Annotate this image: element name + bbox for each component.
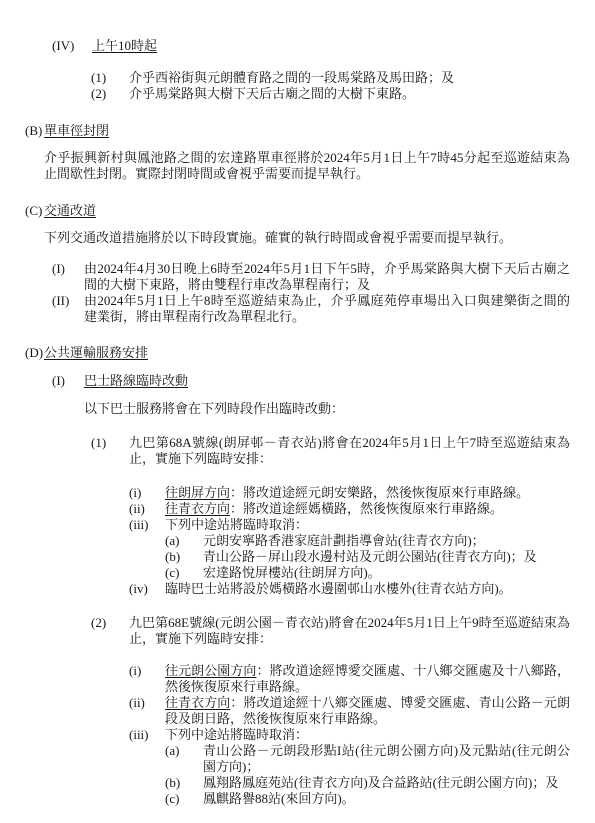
list-item-text: 臨時巴士站將設於媽橫路水邊圍邨山水樓外(往青衣站方向)。 bbox=[165, 581, 570, 597]
list-item-marker: (c) bbox=[165, 791, 179, 807]
list-item-text: 往青衣方向：將改道途經十八鄉交匯處、博愛交匯處、青山公路－元朗段及朗日路，然後恢… bbox=[165, 695, 570, 727]
list-item-text: 下列中途站將臨時取消： bbox=[165, 727, 570, 743]
list-item-marker: (i) bbox=[129, 663, 141, 679]
list-item: (b) 青山公路－屏山段水邊村站及元朗公園站(往青衣方向)；及 bbox=[0, 549, 595, 565]
route-item: (1) 九巴第68A號線(朗屏邨－青衣站)將會在2024年5月1日上午7時至巡遊… bbox=[0, 435, 595, 467]
list-item: (c) 宏達路悅屏樓站(往朗屏方向)。 bbox=[0, 565, 595, 581]
direction-label: 往元朗公園方向 bbox=[165, 663, 256, 678]
list-item-text: 下列中途站將臨時取消： bbox=[165, 517, 570, 533]
section-iv-title: 上午10時起 bbox=[92, 38, 570, 54]
list-item-text: 往元朗公園方向：將改道途經博愛交匯處、十八鄉交匯處及十八鄉路，然後恢復原來行車路… bbox=[165, 663, 570, 695]
list-item-text: 青山公路－屏山段水邊村站及元朗公園站(往青衣方向)；及 bbox=[203, 549, 570, 565]
section-b-title: 單車徑封閉 bbox=[44, 123, 570, 139]
subsection-intro: 以下巴士服務將會在下列時段作出臨時改動： bbox=[0, 401, 595, 417]
direction-detail: ：將改道途經媽橫路，然後恢復原來行車路線。 bbox=[230, 501, 503, 516]
route-text: 九巴第68E號線(元朗公園－青衣站)將會在2024年5月1日上午9時至巡遊結束為… bbox=[129, 615, 570, 647]
list-item: (a) 青山公路－元朗段形點I站(往元朗公園方向)及元點站(往元朗公園方向)； bbox=[0, 743, 595, 775]
list-item: (b) 鳳翔路鳳庭苑站(往青衣方向)及合益路站(往元朗公園方向)；及 bbox=[0, 775, 595, 791]
section-d-title: 公共運輸服務安排 bbox=[44, 345, 570, 361]
list-item-text: 往朗屏方向：將改道途經元朗安樂路，然後恢復原來行車路線。 bbox=[165, 485, 570, 501]
list-item-marker: (a) bbox=[165, 533, 179, 549]
section-iv-marker: (IV) bbox=[52, 38, 74, 54]
section-b-marker: (B) bbox=[25, 123, 42, 139]
list-item-text: 鳳麒路譽88站(來回方向)。 bbox=[203, 791, 570, 807]
list-item: (ii) 往青衣方向：將改道途經十八鄉交匯處、博愛交匯處、青山公路－元朗段及朗日… bbox=[0, 695, 595, 727]
list-item-marker: (iii) bbox=[129, 727, 149, 743]
section-c-title: 交通改道 bbox=[44, 203, 570, 219]
list-item-text: 鳳翔路鳳庭苑站(往青衣方向)及合益路站(往元朗公園方向)；及 bbox=[203, 775, 570, 791]
direction-detail: ：將改道途經元朗安樂路，然後恢復原來行車路線。 bbox=[230, 485, 529, 500]
notice-document-page: (IV) 上午10時起 (1) 介乎西裕街與元朗體育路之間的一段馬棠路及馬田路；… bbox=[0, 0, 595, 823]
subsection-heading: (I) 巴士路線臨時改動 bbox=[0, 373, 595, 389]
list-item-marker: (b) bbox=[165, 775, 180, 791]
list-item-text: 介乎馬棠路與大樹下天后古廟之間的大樹下東路。 bbox=[129, 86, 570, 102]
list-item: (i) 往朗屏方向：將改道途經元朗安樂路，然後恢復原來行車路線。 bbox=[0, 485, 595, 501]
list-item-marker: (i) bbox=[129, 485, 141, 501]
section-d-heading: (D) 公共運輸服務安排 bbox=[0, 345, 595, 361]
list-item-text: 由2024年4月30日晚上6時至2024年5月1日下午5時，介乎馬棠路與大樹下天… bbox=[84, 261, 570, 293]
route-text: 九巴第68A號線(朗屏邨－青衣站)將會在2024年5月1日上午7時至巡遊結束為止… bbox=[129, 435, 570, 467]
route-item: (2) 九巴第68E號線(元朗公園－青衣站)將會在2024年5月1日上午9時至巡… bbox=[0, 615, 595, 647]
subsection-title: 巴士路線臨時改動 bbox=[84, 373, 570, 389]
section-b-body: 介乎振興新村與鳳池路之間的宏達路單車徑將於2024年5月1日上午7時45分起至巡… bbox=[0, 150, 595, 182]
section-c-heading: (C) 交通改道 bbox=[0, 203, 595, 219]
list-item: (iii) 下列中途站將臨時取消： bbox=[0, 727, 595, 743]
list-item-text: 元朗安寧路香港家庭計劃指導會站(往青衣方向)； bbox=[203, 533, 570, 549]
list-item: (2) 介乎馬棠路與大樹下天后古廟之間的大樹下東路。 bbox=[0, 86, 595, 102]
list-item-text: 往青衣方向：將改道途經媽橫路，然後恢復原來行車路線。 bbox=[165, 501, 570, 517]
subsection-marker: (I) bbox=[52, 373, 65, 389]
list-item-marker: (b) bbox=[165, 549, 180, 565]
list-item: (c) 鳳麒路譽88站(來回方向)。 bbox=[0, 791, 595, 807]
list-item-marker: (a) bbox=[165, 743, 179, 759]
list-item-text: 青山公路－元朗段形點I站(往元朗公園方向)及元點站(往元朗公園方向)； bbox=[203, 743, 570, 775]
list-item: (1) 介乎西裕街與元朗體育路之間的一段馬棠路及馬田路；及 bbox=[0, 70, 595, 86]
direction-label: 往朗屏方向 bbox=[165, 485, 230, 500]
list-item: (a) 元朗安寧路香港家庭計劃指導會站(往青衣方向)； bbox=[0, 533, 595, 549]
list-item: (iv) 臨時巴士站將設於媽橫路水邊圍邨山水樓外(往青衣站方向)。 bbox=[0, 581, 595, 597]
list-item-marker: (1) bbox=[91, 70, 106, 86]
section-c-body: 下列交通改道措施將於以下時段實施。確實的執行時間或會視乎需要而提早執行。 bbox=[0, 230, 595, 246]
list-item-text: 宏達路悅屏樓站(往朗屏方向)。 bbox=[203, 565, 570, 581]
list-item: (i) 往元朗公園方向：將改道途經博愛交匯處、十八鄉交匯處及十八鄉路，然後恢復原… bbox=[0, 663, 595, 695]
list-item: (I) 由2024年4月30日晚上6時至2024年5月1日下午5時，介乎馬棠路與… bbox=[0, 261, 595, 293]
list-item-text: 介乎西裕街與元朗體育路之間的一段馬棠路及馬田路；及 bbox=[129, 70, 570, 86]
direction-label: 往青衣方向 bbox=[165, 501, 230, 516]
list-item: (II) 由2024年5月1日上午8時至巡遊結束為止，介乎鳳庭苑停車場出入口與建… bbox=[0, 293, 595, 325]
list-item-marker: (iii) bbox=[129, 517, 149, 533]
list-item-marker: (ii) bbox=[129, 501, 145, 517]
route-marker: (1) bbox=[91, 435, 106, 451]
section-b-heading: (B) 單車徑封閉 bbox=[0, 123, 595, 139]
list-item-marker: (I) bbox=[52, 261, 65, 277]
list-item-marker: (2) bbox=[91, 86, 106, 102]
list-item-marker: (c) bbox=[165, 565, 179, 581]
list-item: (iii) 下列中途站將臨時取消： bbox=[0, 517, 595, 533]
paragraph: 下列交通改道措施將於以下時段實施。確實的執行時間或會視乎需要而提早執行。 bbox=[44, 230, 570, 246]
section-iv-heading: (IV) 上午10時起 bbox=[0, 38, 595, 54]
section-d-marker: (D) bbox=[25, 345, 43, 361]
list-item-marker: (ii) bbox=[129, 695, 145, 711]
direction-label: 往青衣方向 bbox=[165, 695, 230, 710]
list-item-marker: (II) bbox=[52, 293, 69, 309]
section-c-marker: (C) bbox=[25, 203, 42, 219]
route-marker: (2) bbox=[91, 615, 106, 631]
paragraph: 介乎振興新村與鳳池路之間的宏達路單車徑將於2024年5月1日上午7時45分起至巡… bbox=[44, 150, 570, 182]
list-item-text: 由2024年5月1日上午8時至巡遊結束為止，介乎鳳庭苑停車場出入口與建樂街之間的… bbox=[84, 293, 570, 325]
paragraph: 以下巴士服務將會在下列時段作出臨時改動： bbox=[84, 401, 570, 417]
list-item: (ii) 往青衣方向：將改道途經媽橫路，然後恢復原來行車路線。 bbox=[0, 501, 595, 517]
list-item-marker: (iv) bbox=[129, 581, 148, 597]
